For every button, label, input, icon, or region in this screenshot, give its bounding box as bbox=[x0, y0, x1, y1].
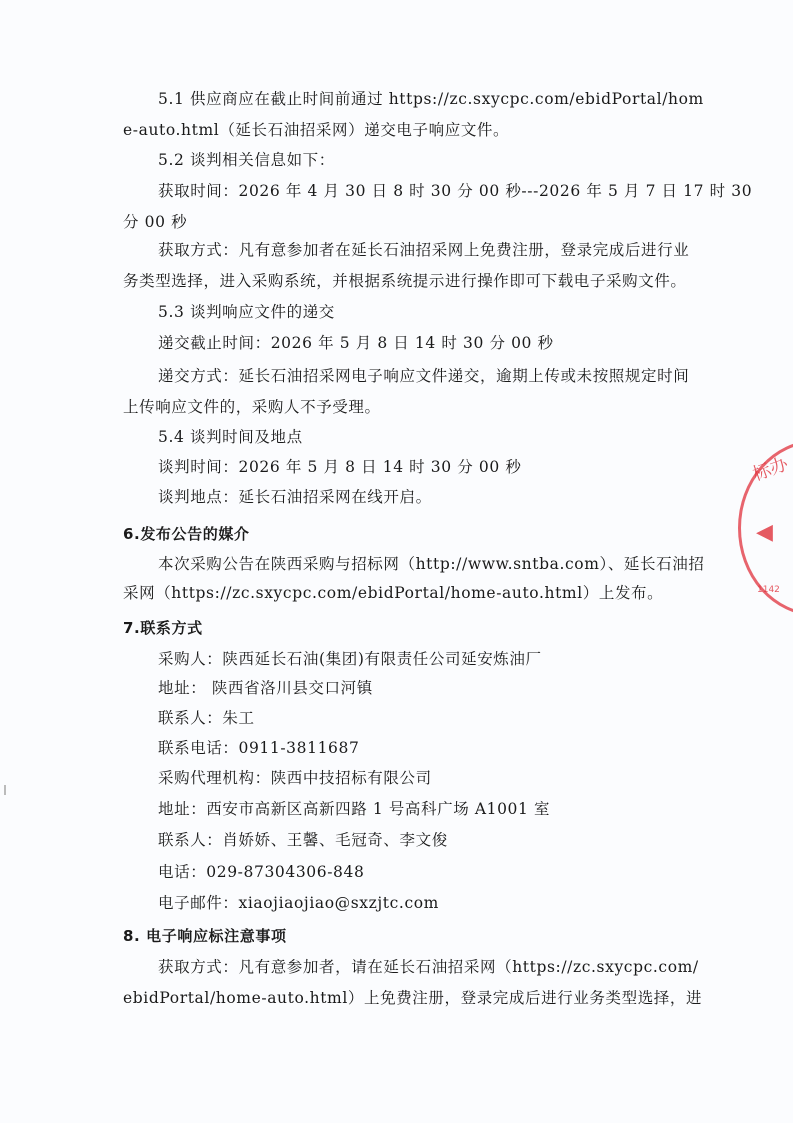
paragraph-line: 获取时间：2026 年 4 月 30 日 8 时 30 分 00 秒---202… bbox=[158, 181, 752, 201]
stamp-star-icon: ◀ bbox=[756, 520, 773, 545]
paragraph-line: 地址： 陕西省洛川县交口河镇 bbox=[158, 678, 373, 698]
paragraph-line: 5.1 供应商应在截止时间前通过 https://zc.sxycpc.com/e… bbox=[158, 89, 704, 109]
paragraph-line: 联系人：肖娇娇、王馨、毛冠奇、李文俊 bbox=[158, 830, 448, 850]
paragraph-line: e-auto.html（延长石油招采网）递交电子响应文件。 bbox=[123, 120, 509, 140]
paragraph-line: 递交截止时间：2026 年 5 月 8 日 14 时 30 分 00 秒 bbox=[158, 333, 554, 353]
paragraph-line: 电话：029-87304306-848 bbox=[158, 862, 364, 882]
paragraph-line: 本次采购公告在陕西采购与招标网（http://www.sntba.com）、延长… bbox=[158, 554, 704, 574]
paragraph-line: 分 00 秒 bbox=[123, 212, 187, 232]
paragraph-line: 5.4 谈判时间及地点 bbox=[158, 427, 303, 447]
paragraph-line: 务类型选择，进入采购系统，并根据系统提示进行操作即可下载电子采购文件。 bbox=[123, 271, 687, 291]
section-heading: 8. 电子响应标注意事项 bbox=[123, 926, 287, 946]
paragraph-line: 地址：西安市高新区高新四路 1 号高科广场 A1001 室 bbox=[158, 799, 550, 819]
scan-mark bbox=[4, 785, 6, 795]
paragraph-line: 递交方式：延长石油招采网电子响应文件递交，逾期上传或未按照规定时间 bbox=[158, 366, 689, 386]
paragraph-line: ebidPortal/home-auto.html）上免费注册，登录完成后进行业… bbox=[123, 988, 702, 1008]
document-page: 5.1 供应商应在截止时间前通过 https://zc.sxycpc.com/e… bbox=[0, 0, 793, 1123]
paragraph-line: 采购人：陕西延长石油(集团)有限责任公司延安炼油厂 bbox=[158, 649, 542, 669]
paragraph-line: 采购代理机构：陕西中技招标有限公司 bbox=[158, 768, 432, 788]
stamp-number: 1142 bbox=[757, 585, 780, 595]
paragraph-line: 联系人：朱工 bbox=[158, 708, 255, 728]
paragraph-line: 联系电话：0911-3811687 bbox=[158, 738, 359, 758]
paragraph-line: 谈判地点：延长石油招采网在线开启。 bbox=[158, 487, 432, 507]
paragraph-line: 谈判时间：2026 年 5 月 8 日 14 时 30 分 00 秒 bbox=[158, 457, 521, 477]
paragraph-line: 采网（https://zc.sxycpc.com/ebidPortal/home… bbox=[123, 583, 663, 603]
paragraph-line: 获取方式：凡有意参加者，请在延长石油招采网（https://zc.sxycpc.… bbox=[158, 957, 699, 977]
paragraph-line: 上传响应文件的，采购人不予受理。 bbox=[123, 397, 381, 417]
paragraph-line: 5.3 谈判响应文件的递交 bbox=[158, 302, 335, 322]
paragraph-line: 电子邮件：xiaojiaojiao@sxzjtc.com bbox=[158, 893, 439, 913]
section-heading: 6.发布公告的媒介 bbox=[123, 524, 250, 544]
section-heading: 7.联系方式 bbox=[123, 618, 203, 638]
paragraph-line: 5.2 谈判相关信息如下： bbox=[158, 150, 335, 170]
paragraph-line: 获取方式：凡有意参加者在延长石油招采网上免费注册，登录完成后进行业 bbox=[158, 240, 689, 260]
